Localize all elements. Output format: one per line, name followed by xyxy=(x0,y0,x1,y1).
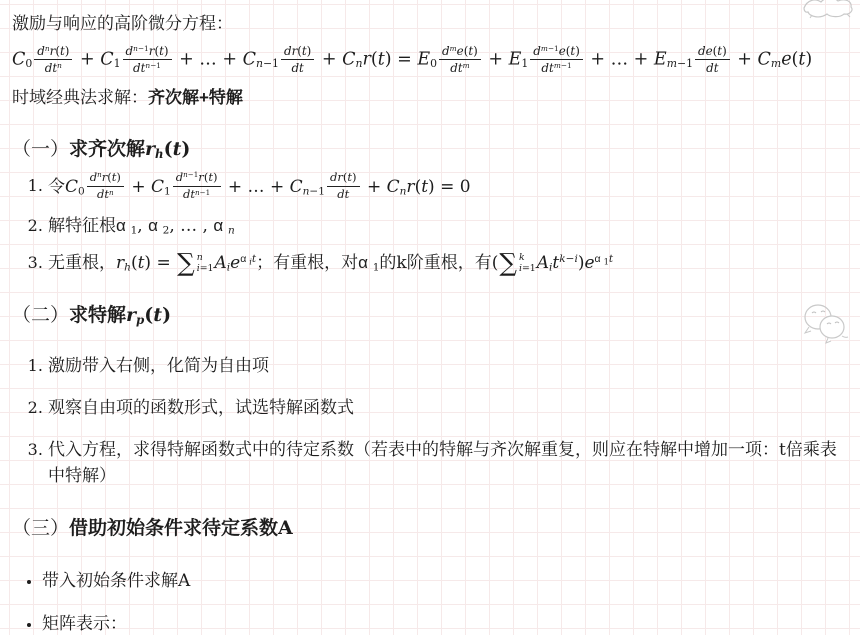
section3-bullets: 带入初始条件求解A 矩阵表示： xyxy=(12,568,846,635)
method-bold-phrase: 齐次解+特解 xyxy=(148,88,243,107)
notes-page: 激励与响应的高阶微分方程： C0dnr(t)dtn + C1dn−1r(t)dt… xyxy=(0,0,860,635)
main-differential-equation: C0dnr(t)dtn + C1dn−1r(t)dtn−1 + … + Cn−1… xyxy=(12,44,846,76)
bullet-item: 带入初始条件求解A xyxy=(42,568,846,595)
section1-steps: 令C0dnr(t)dtn + C1dn−1r(t)dtn−1 + … + Cn−… xyxy=(12,171,846,277)
intro-line: 激励与响应的高阶微分方程： xyxy=(12,12,846,36)
step-item: 令C0dnr(t)dtn + C1dn−1r(t)dtn−1 + … + Cn−… xyxy=(48,171,846,204)
section2-heading: （二）求特解rp(t) xyxy=(12,302,846,329)
method-line: 时域经典法求解：齐次解+特解 xyxy=(12,86,846,110)
step-item: 代入方程，求得特解函数式中的待定系数（若表中的特解与齐次解重复，则应在特解中增加… xyxy=(48,437,846,489)
step-item: 激励带入右侧，化简为自由项 xyxy=(48,353,846,379)
step-item: 观察自由项的函数形式，试选特解函数式 xyxy=(48,395,846,421)
section1-heading: （一）求齐次解rh(t) xyxy=(12,136,846,163)
step-item: 解特征根α 1, α 2, … , α n xyxy=(48,213,846,240)
method-prefix: 时域经典法求解： xyxy=(12,88,148,107)
section2-steps: 激励带入右侧，化简为自由项 观察自由项的函数形式，试选特解函数式 代入方程，求得… xyxy=(12,353,846,489)
bullet-item: 矩阵表示： xyxy=(42,611,846,635)
section3-heading: （三）借助初始条件求待定系数A xyxy=(12,515,846,542)
step-item: 无重根，rh(t) = ∑ni=1Aieα it；有重根，对α 1的k阶重根，有… xyxy=(48,250,846,277)
